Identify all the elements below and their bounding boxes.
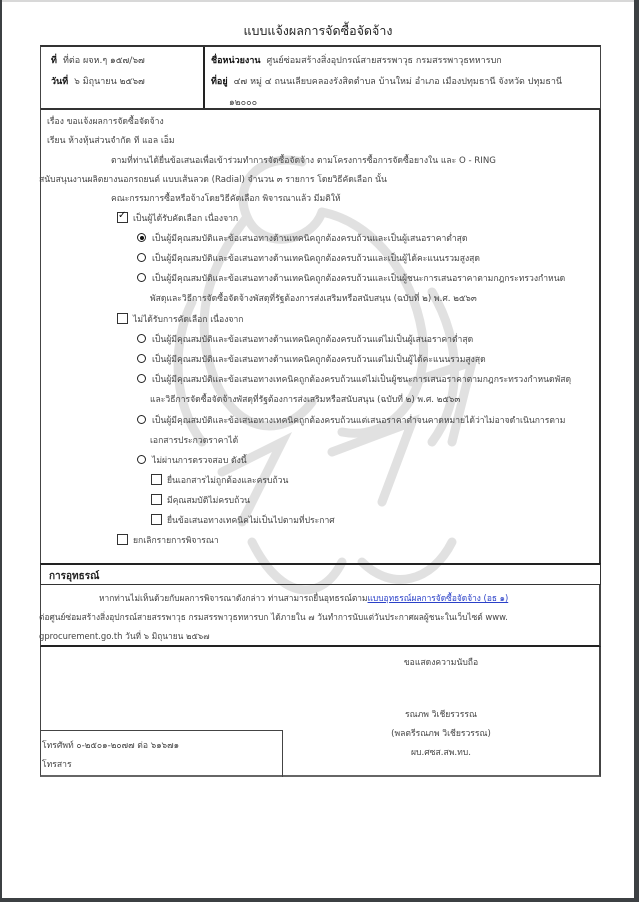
signer-position: ผบ.ศซส.สพ.ทบ. bbox=[321, 746, 561, 760]
document-title: แบบแจ้งผลการจัดซื้อจัดจ้าง bbox=[2, 21, 634, 41]
cancel-checkbox[interactable] bbox=[117, 534, 128, 545]
selected-reason-1-radio[interactable] bbox=[137, 233, 146, 242]
selected-reason-3-radio[interactable] bbox=[137, 273, 146, 282]
agency-value: ศูนย์ซ่อมสร้างสิ่งอุปกรณ์สายสรรพาวุธ กรม… bbox=[267, 56, 502, 66]
agency-row: ชื่อหน่วยงานศูนย์ซ่อมสร้างสิ่งอุปกรณ์สาย… bbox=[211, 51, 600, 72]
not-selected-reason-1-radio[interactable] bbox=[137, 334, 146, 343]
signer-name: รณภพ วิเชียรวรรณ bbox=[321, 708, 561, 722]
selected-checkbox[interactable] bbox=[117, 212, 128, 223]
appeal-form-link[interactable]: แบบอุทธรณ์ผลการจัดซื้อจัดจ้าง (อธ ๑) bbox=[368, 593, 509, 603]
selected-reason-1[interactable]: เป็นผู้มีคุณสมบัติและข้อเสนอทางด้านเทคนิ… bbox=[137, 232, 468, 246]
appeal-line3: gprocurement.go.th วันที่ ๖ มิถุนายน ๒๕๖… bbox=[39, 629, 210, 643]
agency-label: ชื่อหน่วยงาน bbox=[211, 56, 261, 66]
not-selected-reason-4[interactable]: เป็นผู้มีคุณสมบัติและข้อเสนอทางเทคนิคถูก… bbox=[137, 414, 565, 428]
not-selected-option[interactable]: ไม่ได้รับการคัดเลือก เนื่องจาก bbox=[117, 313, 243, 327]
reference-row: ที่ที่ต่อ ผจห.ๆ ๑๕๗/๖๗ bbox=[51, 51, 203, 72]
appeal-line1: หากท่านไม่เห็นด้วยกับผลการพิจารณาดังกล่า… bbox=[99, 591, 508, 605]
header-right-cell: ชื่อหน่วยงานศูนย์ซ่อมสร้างสิ่งอุปกรณ์สาย… bbox=[205, 47, 600, 108]
contact-box: โทรศัพท์ ๐-๒๕๐๑-๒๐๗๗ ต่อ ๖๑๖๗๑ โทรสาร bbox=[40, 730, 283, 777]
not-selected-reason-4-radio[interactable] bbox=[137, 415, 146, 424]
header-table: ที่ที่ต่อ ผจห.ๆ ๑๕๗/๖๗ วันที่๖ มิถุนายน … bbox=[40, 45, 601, 110]
selected-reason-3-cont: พัสดุและวิธีการจัดซื้อจัดจ้างพัสดุที่รัฐ… bbox=[150, 292, 477, 306]
document-page: แบบแจ้งผลการจัดซื้อจัดจ้าง ที่ที่ต่อ ผจห… bbox=[2, 0, 634, 898]
fax-number: โทรสาร bbox=[42, 758, 72, 772]
result-body: เรื่อง ขอแจ้งผลการจัดซื้อจัดจ้าง เรียน ห… bbox=[40, 109, 601, 564]
failed-check-3-checkbox[interactable] bbox=[151, 514, 162, 525]
signer-full-name: (พลตรีรณภพ วิเชียรวรรณ) bbox=[321, 727, 561, 741]
selected-option[interactable]: เป็นผู้ได้รับคัดเลือก เนื่องจาก bbox=[117, 212, 238, 226]
reference-label: ที่ bbox=[51, 56, 57, 66]
not-selected-reason-5-radio[interactable] bbox=[137, 455, 146, 464]
date-value: ๖ มิถุนายน ๒๕๖๗ bbox=[74, 77, 145, 87]
selected-reason-3[interactable]: เป็นผู้มีคุณสมบัติและข้อเสนอทางด้านเทคนิ… bbox=[137, 272, 565, 286]
not-selected-reason-2-radio[interactable] bbox=[137, 354, 146, 363]
appeal-line2: ต่อศูนย์ซ่อมสร้างสิ่งอุปกรณ์สายสรรพาวุธ … bbox=[39, 610, 508, 624]
paragraph1-line2: สนับสนุนงานผลิตยางนอกรถยนต์ แบบเส้นลวด (… bbox=[39, 173, 387, 187]
date-row: วันที่๖ มิถุนายน ๒๕๖๗ bbox=[51, 72, 203, 93]
recipient-line: เรียน ห้างหุ้นส่วนจำกัด ที แอล เอ็ม bbox=[47, 134, 175, 148]
not-selected-reason-5[interactable]: ไม่ผ่านการตรวจสอบ ดังนี้ bbox=[137, 454, 247, 468]
failed-check-2-checkbox[interactable] bbox=[151, 494, 162, 505]
phone-number: โทรศัพท์ ๐-๒๕๐๑-๒๐๗๗ ต่อ ๖๑๖๗๑ bbox=[42, 739, 179, 753]
failed-check-1-checkbox[interactable] bbox=[151, 474, 162, 485]
subject-line: เรื่อง ขอแจ้งผลการจัดซื้อจัดจ้าง bbox=[47, 115, 164, 129]
reference-value: ที่ต่อ ผจห.ๆ ๑๕๗/๖๗ bbox=[63, 56, 145, 66]
paragraph2: คณะกรรมการซื้อหรือจ้างโดยวิธีคัดเลือก พิ… bbox=[111, 192, 341, 206]
appeal-heading: การอุทธรณ์ bbox=[40, 563, 601, 585]
not-selected-reason-3-radio[interactable] bbox=[137, 374, 146, 383]
failed-check-2[interactable]: มีคุณสมบัติไม่ครบถ้วน bbox=[151, 494, 250, 508]
address-value: ๔๗ หมู่ ๔ ถนนเลียบคลองรังสิตตำบล บ้านใหม… bbox=[234, 77, 562, 87]
signature-section: ขอแสดงความนับถือ รณภพ วิเชียรวรรณ (พลตรี… bbox=[40, 647, 601, 777]
cancel-option[interactable]: ยกเลิกรายการพิจารณา bbox=[117, 534, 219, 548]
not-selected-reason-1[interactable]: เป็นผู้มีคุณสมบัติและข้อเสนอทางด้านเทคนิ… bbox=[137, 333, 473, 347]
selected-reason-2[interactable]: เป็นผู้มีคุณสมบัติและข้อเสนอทางด้านเทคนิ… bbox=[137, 252, 480, 266]
selected-reason-2-radio[interactable] bbox=[137, 253, 146, 262]
not-selected-checkbox[interactable] bbox=[117, 313, 128, 324]
date-label: วันที่ bbox=[51, 77, 68, 87]
address-label: ที่อยู่ bbox=[211, 77, 228, 87]
closing-text: ขอแสดงความนับถือ bbox=[321, 656, 561, 670]
paragraph1-line1: ตามที่ท่านได้ยื่นข้อเสนอเพื่อเข้าร่วมทำก… bbox=[111, 154, 496, 168]
failed-check-3[interactable]: ยื่นข้อเสนอทางเทคนิคไม่เป็นไปตามที่ประกา… bbox=[151, 514, 335, 528]
not-selected-reason-2[interactable]: เป็นผู้มีคุณสมบัติและข้อเสนอทางด้านเทคนิ… bbox=[137, 353, 486, 367]
failed-check-1[interactable]: ยื่นเอกสารไม่ถูกต้องและครบถ้วน bbox=[151, 474, 288, 488]
not-selected-reason-3-cont: และวิธีการจัดซื้อจัดจ้างพัสดุที่รัฐต้องก… bbox=[150, 393, 460, 407]
not-selected-reason-3[interactable]: เป็นผู้มีคุณสมบัติและข้อเสนอทางเทคนิคถูก… bbox=[137, 373, 571, 387]
appeal-section: หากท่านไม่เห็นด้วยกับผลการพิจารณาดังกล่า… bbox=[40, 585, 601, 647]
address-row: ที่อยู่๔๗ หมู่ ๔ ถนนเลียบคลองรังสิตตำบล … bbox=[211, 72, 600, 93]
not-selected-reason-4-cont: เอกสารประกวดราคาได้ bbox=[150, 434, 238, 448]
header-left-cell: ที่ที่ต่อ ผจห.ๆ ๑๕๗/๖๗ วันที่๖ มิถุนายน … bbox=[41, 47, 205, 108]
